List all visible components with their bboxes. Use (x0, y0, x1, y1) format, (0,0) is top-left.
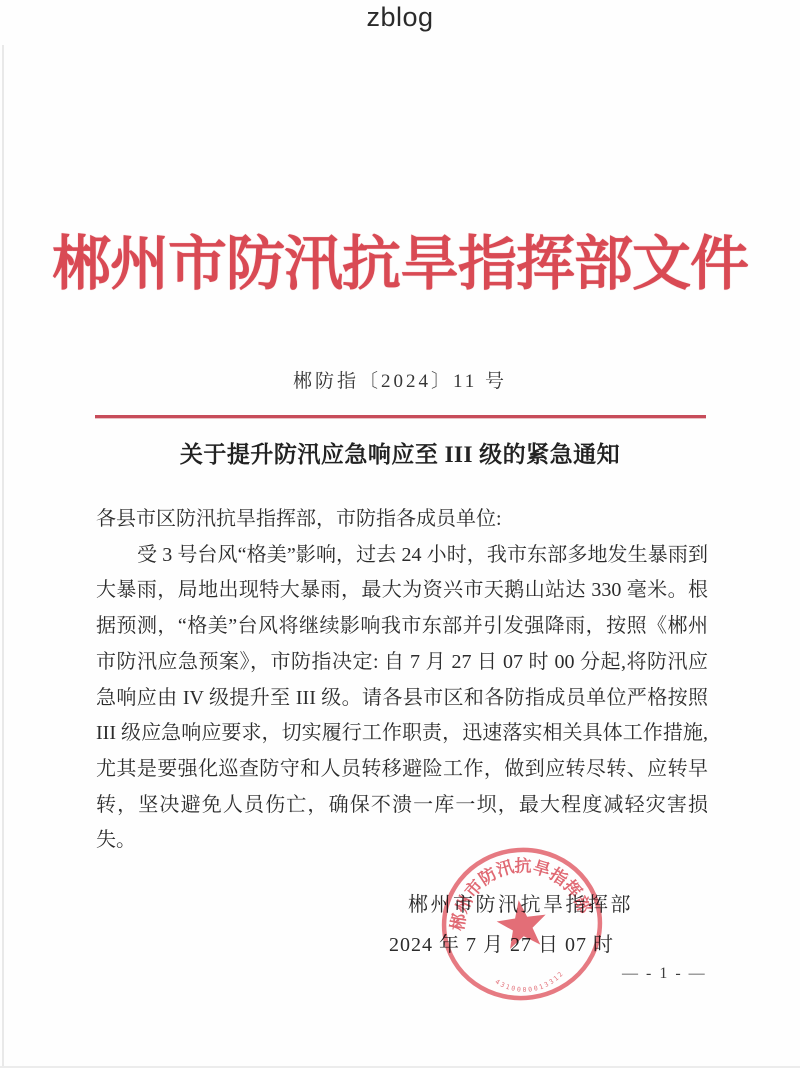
document-title: 关于提升防汛应急响应至 III 级的紧急通知 (0, 436, 800, 469)
document-red-header: 郴州市防汛抗旱指挥部文件 (0, 216, 800, 301)
site-header: zblog (0, 0, 800, 44)
scan-edge (2, 45, 4, 1066)
seal-code-number: 4310000013312 (493, 968, 568, 998)
page-number: — - 1 - — (622, 965, 707, 983)
site-title[interactable]: zblog (366, 2, 433, 33)
seal-circle (434, 840, 609, 1008)
document-body: 各县市区防汛抗旱指挥部，市防指各成员单位: 受 3 号台风“格美”影响，过去 2… (96, 502, 708, 859)
signature-datetime: 2024 年 7 月 27 日 07 时 (389, 928, 614, 957)
body-paragraph: 受 3 号台风“格美”影响，过去 24 小时，我市东部多地发生暴雨到大暴雨，局地… (96, 538, 708, 859)
red-divider-line (95, 415, 706, 418)
salutation-line: 各县市区防汛抗旱指挥部，市防指各成员单位: (96, 502, 708, 538)
svg-text:4310000013312: 4310000013312 (493, 968, 568, 998)
scanned-document-page: zblog 郴州市防汛抗旱指挥部文件 郴防指〔2024〕11 号 关于提升防汛应… (0, 0, 800, 1068)
signature-organization: 郴州市防汛抗旱指挥部 (408, 888, 633, 917)
document-number: 郴防指〔2024〕11 号 (0, 366, 800, 393)
